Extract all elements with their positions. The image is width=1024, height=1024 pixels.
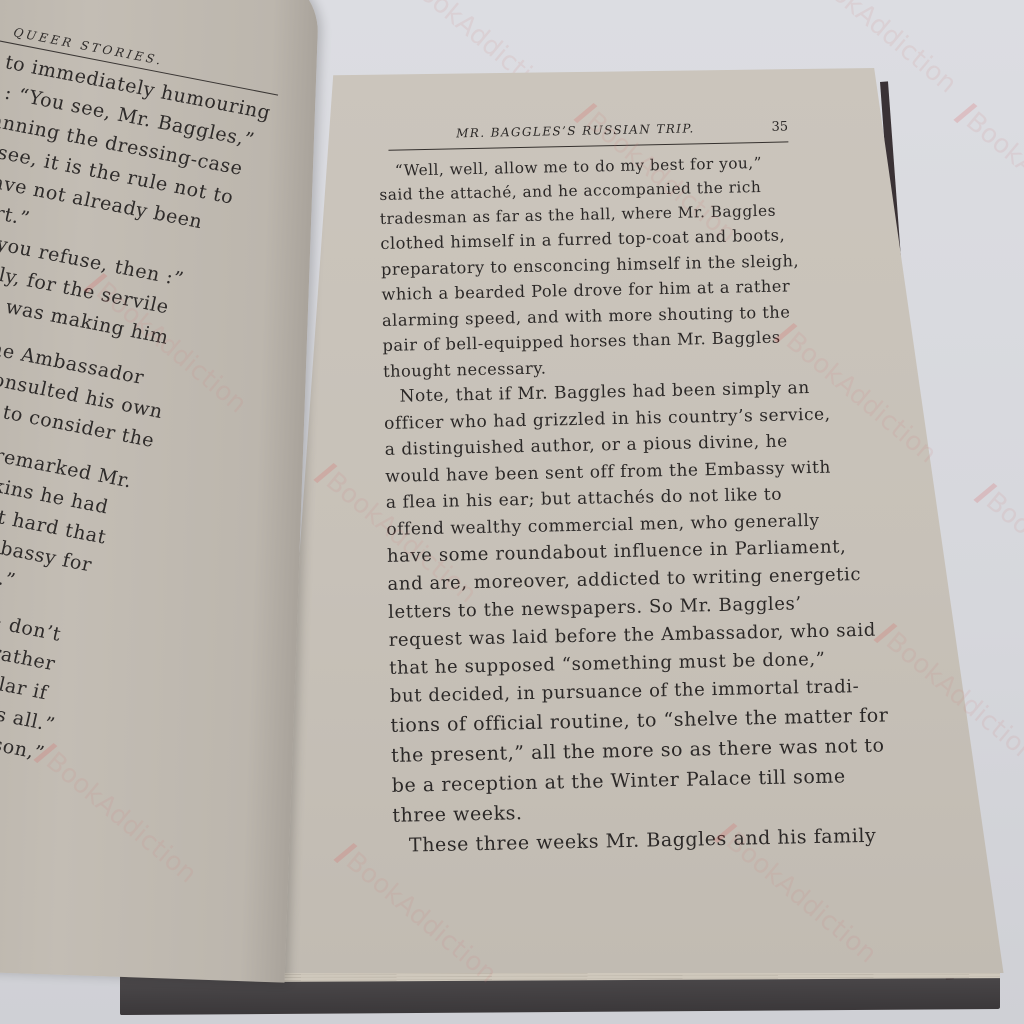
- watermark: BookAddiction: [973, 481, 1024, 630]
- left-page: QUEER STORIES. way to immediately humour…: [0, 0, 320, 983]
- book-photo-scene: BookAddiction BookAddiction BookAddictio…: [0, 0, 1024, 1024]
- page-number: 35: [771, 119, 788, 134]
- body-text: “Well, well, allow me to do my best for …: [379, 150, 804, 860]
- left-page-text: QUEER STORIES. way to immediately humour…: [0, 16, 302, 817]
- watermark: BookAddiction: [953, 101, 1024, 250]
- right-page-text: MR. BAGGLES’S RUSSIAN TRIP. 35 “Well, we…: [378, 119, 803, 860]
